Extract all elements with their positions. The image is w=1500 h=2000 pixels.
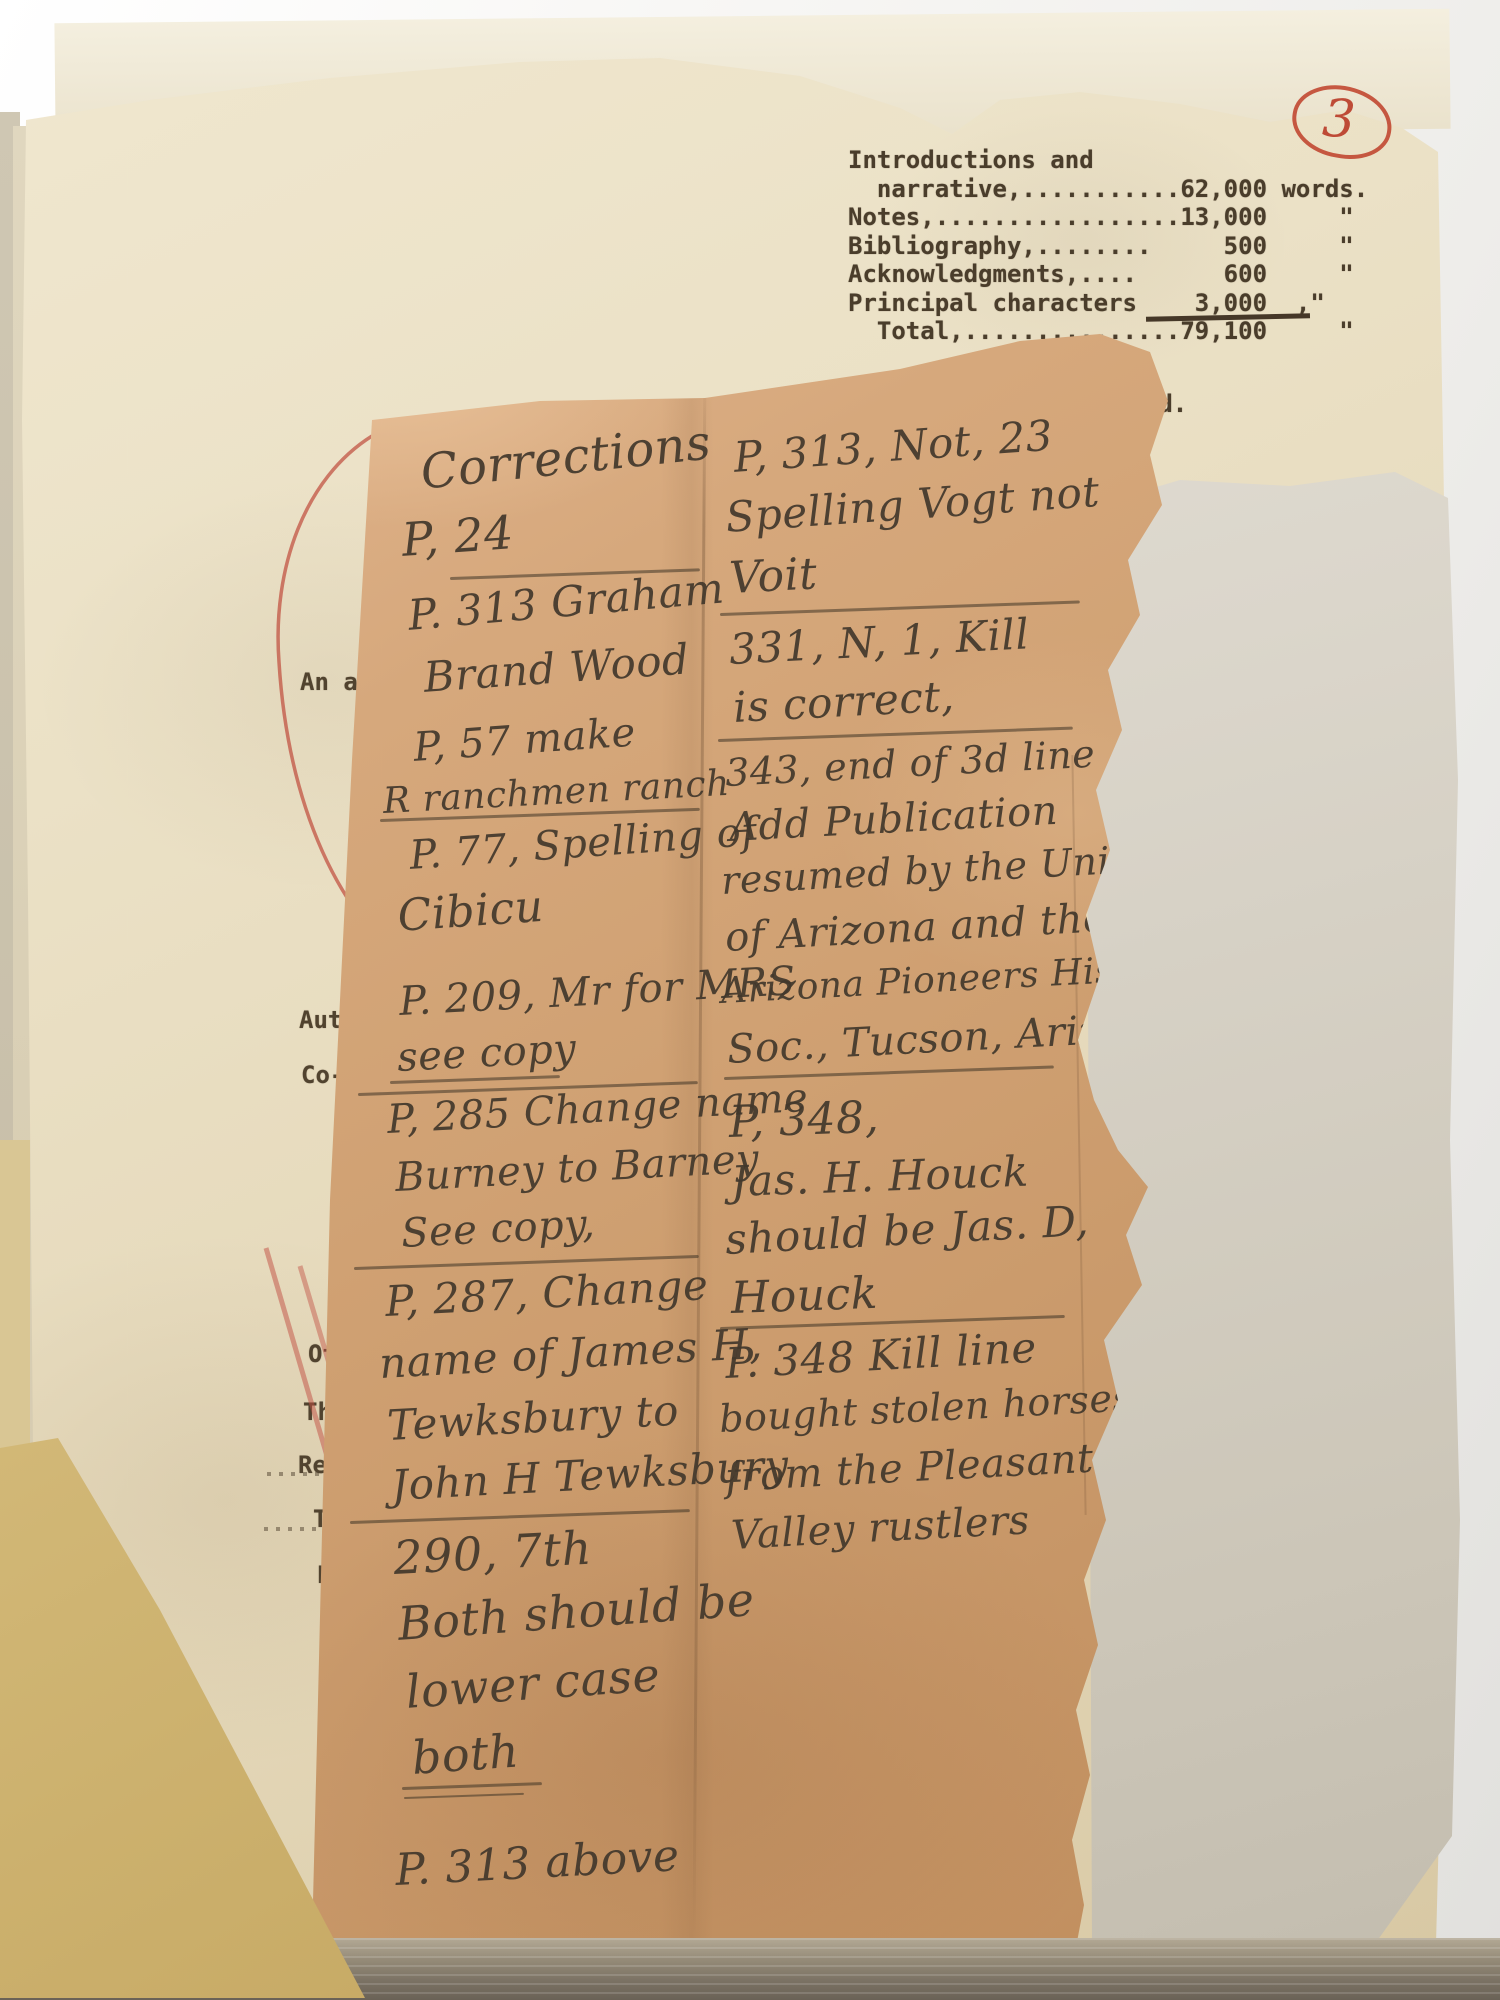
note-line: Tewksbury to (386, 1386, 680, 1450)
note-line: P, 57 make (412, 709, 637, 770)
note-line: Valley rustlers (730, 1497, 1031, 1559)
note-line: P. 348 Kill line (724, 1323, 1038, 1388)
note-line: P, 348, (728, 1092, 880, 1148)
note-line: P, 24 (400, 505, 515, 567)
note-line: P. 77, Spelling of (408, 809, 758, 879)
note-line: Houck (730, 1268, 879, 1324)
summary-line: Notes,.................13,000 " (848, 203, 1368, 232)
note-line: 343, end of 3d line (724, 732, 1096, 795)
note-line: Jas. H. Houck (730, 1147, 1029, 1206)
note-line: both (410, 1724, 521, 1785)
summary-line: narrative,...........62,000 words. (848, 175, 1368, 204)
note-line: P. 313 above (394, 1830, 681, 1896)
note-line: 290, 7th (392, 1521, 593, 1585)
note-line: Voit (728, 548, 819, 604)
photographed-manuscript-stack: Introductions and narrative,...........6… (0, 0, 1500, 2000)
note-line: Burney to Barney (394, 1136, 760, 1201)
note-line: P, 313, Not, 23 (732, 411, 1055, 482)
note-line: P, 287, Change (384, 1260, 709, 1326)
summary-line: Introductions and (848, 146, 1368, 175)
pencil-underline (404, 1793, 524, 1799)
note-line: see copy (396, 1026, 577, 1081)
note-line: Corrections (418, 415, 714, 501)
pencil-rule (350, 1509, 690, 1524)
note-line: is correct, (732, 671, 956, 732)
note-line: See copy, (400, 1201, 596, 1257)
summary-line: Bibliography,........ 500 " (848, 232, 1368, 261)
note-line: Add Publication (728, 788, 1059, 851)
note-line: Cibicu (396, 881, 545, 942)
note-line: should be Jas. D, (724, 1196, 1090, 1264)
red-page-number: 3 (1321, 89, 1357, 151)
note-line: Both should be (396, 1572, 756, 1651)
note-line: name of James H, (378, 1319, 764, 1388)
note-line: of Arizona and the (724, 895, 1108, 961)
note-line: 331, N, 1, Kill (728, 609, 1030, 674)
note-line: bought stolen horses (718, 1375, 1133, 1441)
summary-line: Acknowledgments,.... 600 " (848, 260, 1368, 289)
stack-left-edge-sheet (0, 1140, 30, 1470)
note-line: lower case (404, 1647, 662, 1719)
handwritten-corrections-note: Corrections P, 24 P. 313 Graham Brand Wo… (300, 325, 1180, 1950)
note-line: Brand Wood (422, 634, 691, 701)
note-line: Soc., Tucson, Ariz, (726, 1007, 1115, 1073)
